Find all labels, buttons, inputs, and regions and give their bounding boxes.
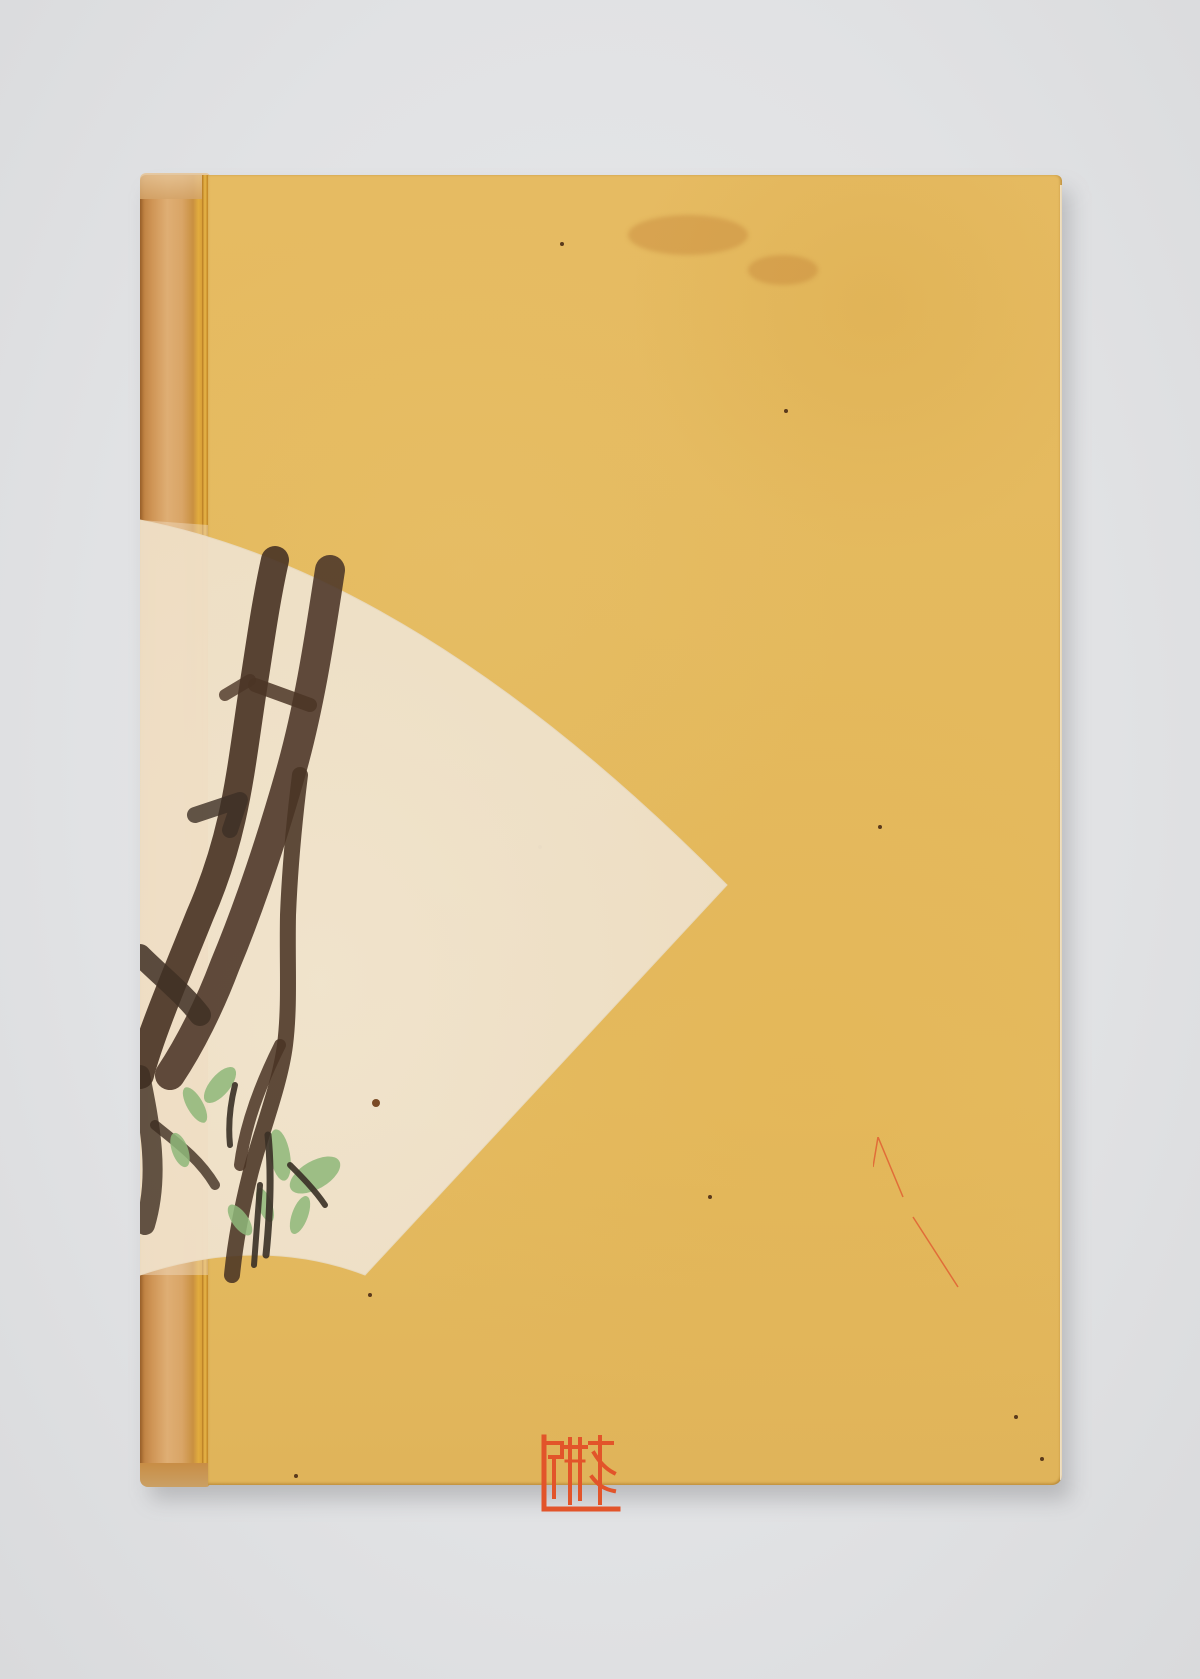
speck [1014, 1415, 1018, 1419]
spine-worn-bottom [140, 1463, 210, 1487]
speck [538, 845, 542, 849]
speck [368, 1293, 372, 1297]
speck [784, 409, 788, 413]
speck [294, 1474, 298, 1478]
seal-glyph-icon [540, 1433, 622, 1513]
artist-seal [540, 1433, 622, 1513]
spine-worn-top [140, 173, 210, 199]
book [140, 175, 1062, 1485]
page-block-edge [1060, 185, 1062, 1480]
cover-stain [628, 215, 748, 255]
speck [708, 1195, 712, 1199]
cover-stain [748, 255, 818, 285]
speck [560, 242, 564, 246]
book-spine [140, 175, 208, 1485]
speck [878, 825, 882, 829]
red-scratch-mark [873, 1137, 1013, 1317]
speck [1040, 1457, 1044, 1461]
